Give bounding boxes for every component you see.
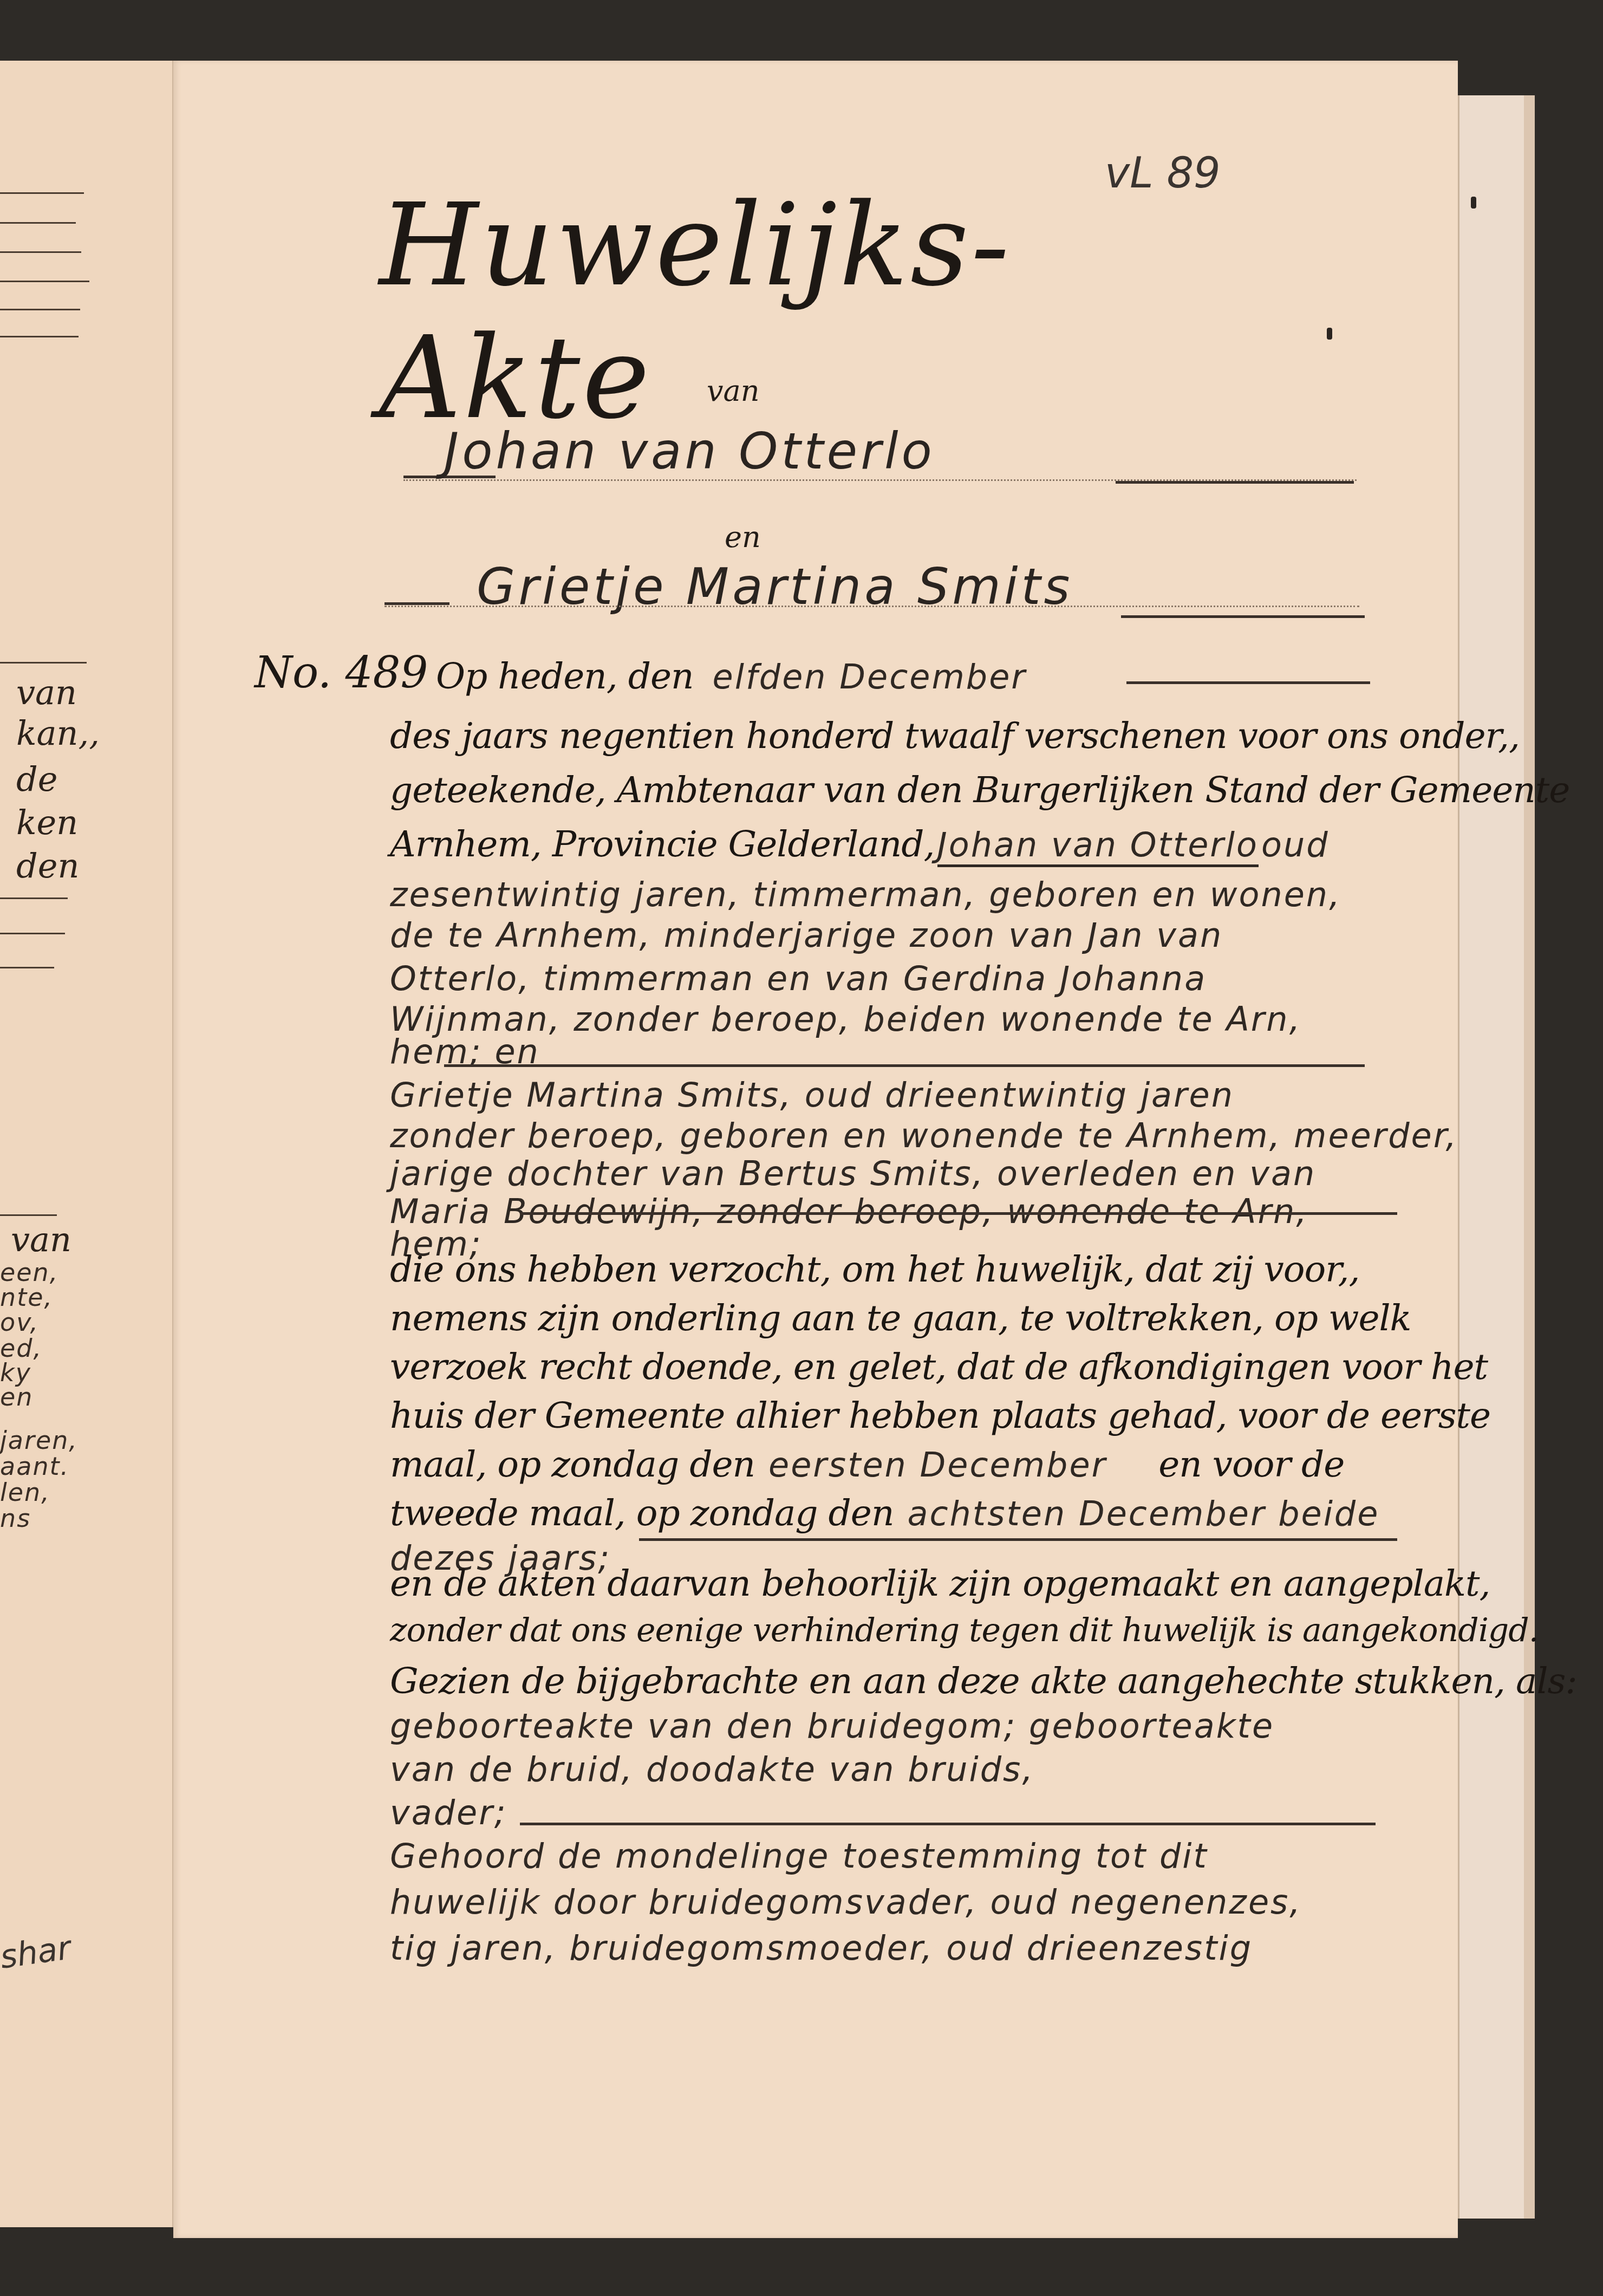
text-line: Arnhem, Provincie Gelderland, Johan van … — [390, 823, 1408, 875]
text-line: zonder dat ons eenige verhindering tegen… — [390, 1611, 1408, 1663]
dotted-rule — [385, 606, 1359, 607]
printed-text: Arnhem, Provincie Gelderland, — [390, 823, 934, 865]
left-rule — [0, 1214, 57, 1216]
left-printed-fragment: van — [16, 673, 77, 712]
handwritten-entry: eersten December — [768, 1445, 1107, 1485]
printed-text: Op heden, den — [436, 655, 694, 697]
handwritten-entry: zesentwintig jaren, timmerman, geboren e… — [390, 875, 1341, 914]
text-line: Gehoord de mondelinge toestemming tot di… — [390, 1836, 1408, 1888]
fill-rule — [444, 1064, 1365, 1067]
printed-text: en voor de — [1158, 1443, 1344, 1485]
printed-text: huis der Gemeente alhier hebben plaats g… — [390, 1395, 1490, 1436]
printed-text: zonder dat ons eenige verhindering tegen… — [390, 1611, 1539, 1649]
fill-rule — [520, 1212, 1397, 1215]
text-line: huwelijk door bruidegomsvader, oud negen… — [390, 1882, 1408, 1934]
left-rule — [0, 933, 65, 934]
handwritten-entry: tig jaren, bruidegomsmoeder, oud drieenz… — [390, 1928, 1253, 1968]
text-line: nemens zijn onderling aan te gaan, te vo… — [390, 1297, 1408, 1349]
handwritten-entry: de te Arnhem, minderjarige zoon van Jan … — [390, 915, 1223, 955]
left-printed-fragment: den — [16, 846, 79, 886]
handwritten-entry: Johan van Otterlo — [937, 825, 1259, 867]
van-label: van — [707, 374, 759, 408]
text-line: die ons hebben verzocht, om het huwelijk… — [390, 1248, 1408, 1300]
page-edge-shadow — [1524, 95, 1535, 2219]
printed-text: geteekende, Ambtenaar van den Burgerlijk… — [390, 769, 1569, 811]
handwritten-entry: van de bruid, doodakte van bruids, — [390, 1749, 1034, 1789]
text-line: geteekende, Ambtenaar van den Burgerlijk… — [390, 769, 1408, 821]
text-line: tig jaren, bruidegomsmoeder, oud drieenz… — [390, 1928, 1408, 1980]
left-handwritten-fragment: en — [0, 1382, 33, 1412]
handwritten-entry: Otterlo, timmerman en van Gerdina Johann… — [390, 959, 1207, 998]
document-title: Huwelijks-Akte — [379, 179, 1246, 444]
groom-name: Johan van Otterlo — [444, 422, 935, 480]
left-printed-fragment: kan,, — [16, 713, 100, 753]
left-rule — [0, 897, 68, 899]
handwritten-entry: huwelijk door bruidegomsvader, oud negen… — [390, 1882, 1302, 1922]
fill-rule — [1121, 615, 1365, 618]
handwritten-entry: Grietje Martina Smits, oud drieentwintig… — [390, 1075, 1234, 1115]
handwritten-entry: vader; — [390, 1793, 507, 1832]
printed-text: verzoek recht doende, en gelet, dat de a… — [390, 1346, 1488, 1388]
printed-text: tweede maal, op zondag den — [390, 1492, 894, 1534]
text-line: huis der Gemeente alhier hebben plaats g… — [390, 1395, 1408, 1447]
page-edge — [1458, 95, 1526, 2219]
left-rule — [0, 967, 54, 968]
text-line: maal, op zondag den eersten December en … — [390, 1443, 1408, 1495]
left-page: van kan,, de ken den van een, nte, ov, e… — [0, 61, 173, 2227]
handwritten-entry: elfden December — [713, 657, 1027, 697]
text-line: des jaars negentien honderd twaalf versc… — [390, 715, 1408, 767]
left-rule — [0, 281, 89, 282]
act-number: No. 489 — [255, 647, 428, 698]
left-rule — [0, 309, 80, 310]
handwritten-entry: Gehoord de mondelinge toestemming tot di… — [390, 1836, 1208, 1876]
handwritten-entry: jarige dochter van Bertus Smits, overled… — [390, 1154, 1316, 1193]
fill-rule — [520, 1823, 1376, 1825]
fill-rule — [385, 602, 449, 605]
printed-text: des jaars negentien honderd twaalf versc… — [390, 715, 1520, 757]
left-handwritten-fragment: aant. — [0, 1452, 69, 1481]
left-rule — [0, 251, 81, 253]
printed-text: nemens zijn onderling aan te gaan, te vo… — [390, 1297, 1411, 1339]
printed-text: die ons hebben verzocht, om het huwelijk… — [390, 1248, 1359, 1290]
printed-text: maal, op zondag den — [390, 1443, 755, 1485]
left-rule — [0, 192, 84, 194]
left-printed-fragment: van — [11, 1220, 71, 1259]
left-printed-fragment: de — [16, 759, 57, 799]
left-rule — [0, 662, 87, 664]
handwritten-entry: oud — [1261, 825, 1330, 864]
text-line: Gezien de bijgebrachte en aan deze akte … — [390, 1660, 1408, 1712]
en-label: en — [725, 520, 761, 554]
ink-spot — [1327, 328, 1332, 340]
left-handwritten-fragment: ov, — [0, 1308, 39, 1337]
left-handwritten-fragment: jaren, — [0, 1426, 78, 1455]
left-handwritten-fragment: len, — [0, 1478, 50, 1507]
ink-spot — [1471, 197, 1476, 209]
fill-rule — [1126, 681, 1370, 684]
fill-rule — [1116, 481, 1354, 484]
left-printed-fragment: ken — [16, 803, 78, 842]
left-rule — [0, 222, 76, 224]
text-line: verzoek recht doende, en gelet, dat de a… — [390, 1346, 1408, 1398]
handwritten-entry: geboorteakte van den bruidegom; geboorte… — [390, 1706, 1274, 1746]
fill-rule — [639, 1538, 1397, 1541]
printed-text: Gezien de bijgebrachte en aan deze akte … — [390, 1660, 1577, 1702]
left-rule — [0, 336, 79, 337]
printed-text: en de akten daarvan behoorlijk zijn opge… — [390, 1563, 1490, 1604]
handwritten-entry: achtsten December beide — [907, 1494, 1379, 1533]
handwritten-entry: zonder beroep, geboren en wonende te Arn… — [390, 1116, 1458, 1155]
text-line: tweede maal, op zondag den achtsten Dece… — [390, 1492, 1408, 1544]
text-line: en de akten daarvan behoorlijk zijn opge… — [390, 1563, 1408, 1615]
left-handwritten-fragment: ns — [0, 1504, 31, 1533]
